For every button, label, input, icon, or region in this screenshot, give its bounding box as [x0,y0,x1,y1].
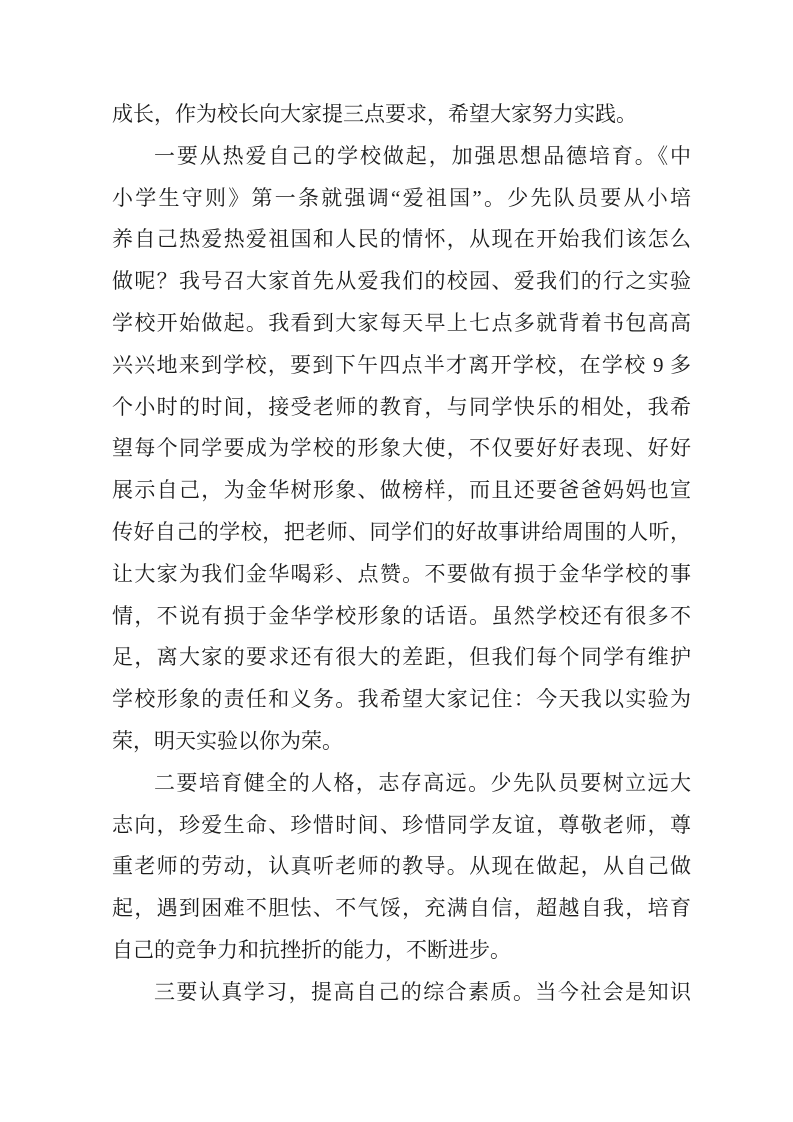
text-line: 一要从热爱自己的学校做起，加强思想品德培育。《中 [112,136,691,178]
text-line: 传好自己的学校，把老师、同学们的好故事讲给周围的人听， [112,512,691,554]
text-line: 志向，珍爱生命、珍惜时间、珍惜同学友谊，尊敬老师，尊 [112,805,691,847]
text-line: 情，不说有损于金华学校形象的话语。虽然学校还有很多不 [112,596,691,638]
text-line: 三要认真学习，提高自己的综合素质。当今社会是知识 [112,972,691,1014]
text-line: 小学生守则》第一条就强调“爱祖国”。少先队员要从小培 [112,178,691,220]
text-line: 做呢？我号召大家首先从爱我们的校园、爱我们的行之实验 [112,261,691,303]
text-line: 学校形象的责任和义务。我希望大家记住：今天我以实验为 [112,679,691,721]
paragraph: 二要培育健全的人格，志存高远。少先队员要树立远大志向，珍爱生命、珍惜时间、珍惜同… [112,763,691,972]
paragraph: 成长，作为校长向大家提三点要求，希望大家努力实践。 [112,94,691,136]
text-line: 个小时的时间，接受老师的教育，与同学快乐的相处，我希 [112,387,691,429]
document-body: 成长，作为校长向大家提三点要求，希望大家努力实践。一要从热爱自己的学校做起，加强… [112,94,691,1014]
document-page: 成长，作为校长向大家提三点要求，希望大家努力实践。一要从热爱自己的学校做起，加强… [0,0,793,1122]
text-line: 足，离大家的要求还有很大的差距，但我们每个同学有维护 [112,637,691,679]
paragraph: 一要从热爱自己的学校做起，加强思想品德培育。《中小学生守则》第一条就强调“爱祖国… [112,136,691,763]
text-line: 自己的竞争力和抗挫折的能力，不断进步。 [112,930,691,972]
text-line: 兴兴地来到学校，要到下午四点半才离开学校，在学校 9 多 [112,345,691,387]
text-line: 荣，明天实验以你为荣。 [112,721,691,763]
text-line: 学校开始做起。我看到大家每天早上七点多就背着书包高高 [112,303,691,345]
text-line: 养自己热爱热爱祖国和人民的情怀，从现在开始我们该怎么 [112,219,691,261]
paragraph: 三要认真学习，提高自己的综合素质。当今社会是知识 [112,972,691,1014]
text-line: 望每个同学要成为学校的形象大使，不仅要好好表现、好好 [112,428,691,470]
text-line: 二要培育健全的人格，志存高远。少先队员要树立远大 [112,763,691,805]
text-line: 成长，作为校长向大家提三点要求，希望大家努力实践。 [112,94,691,136]
text-line: 展示自己，为金华树形象、做榜样，而且还要爸爸妈妈也宣 [112,470,691,512]
text-line: 重老师的劳动，认真听老师的教导。从现在做起，从自己做 [112,846,691,888]
text-line: 起，遇到困难不胆怯、不气馁，充满自信，超越自我，培育 [112,888,691,930]
text-line: 让大家为我们金华喝彩、点赞。不要做有损于金华学校的事 [112,554,691,596]
